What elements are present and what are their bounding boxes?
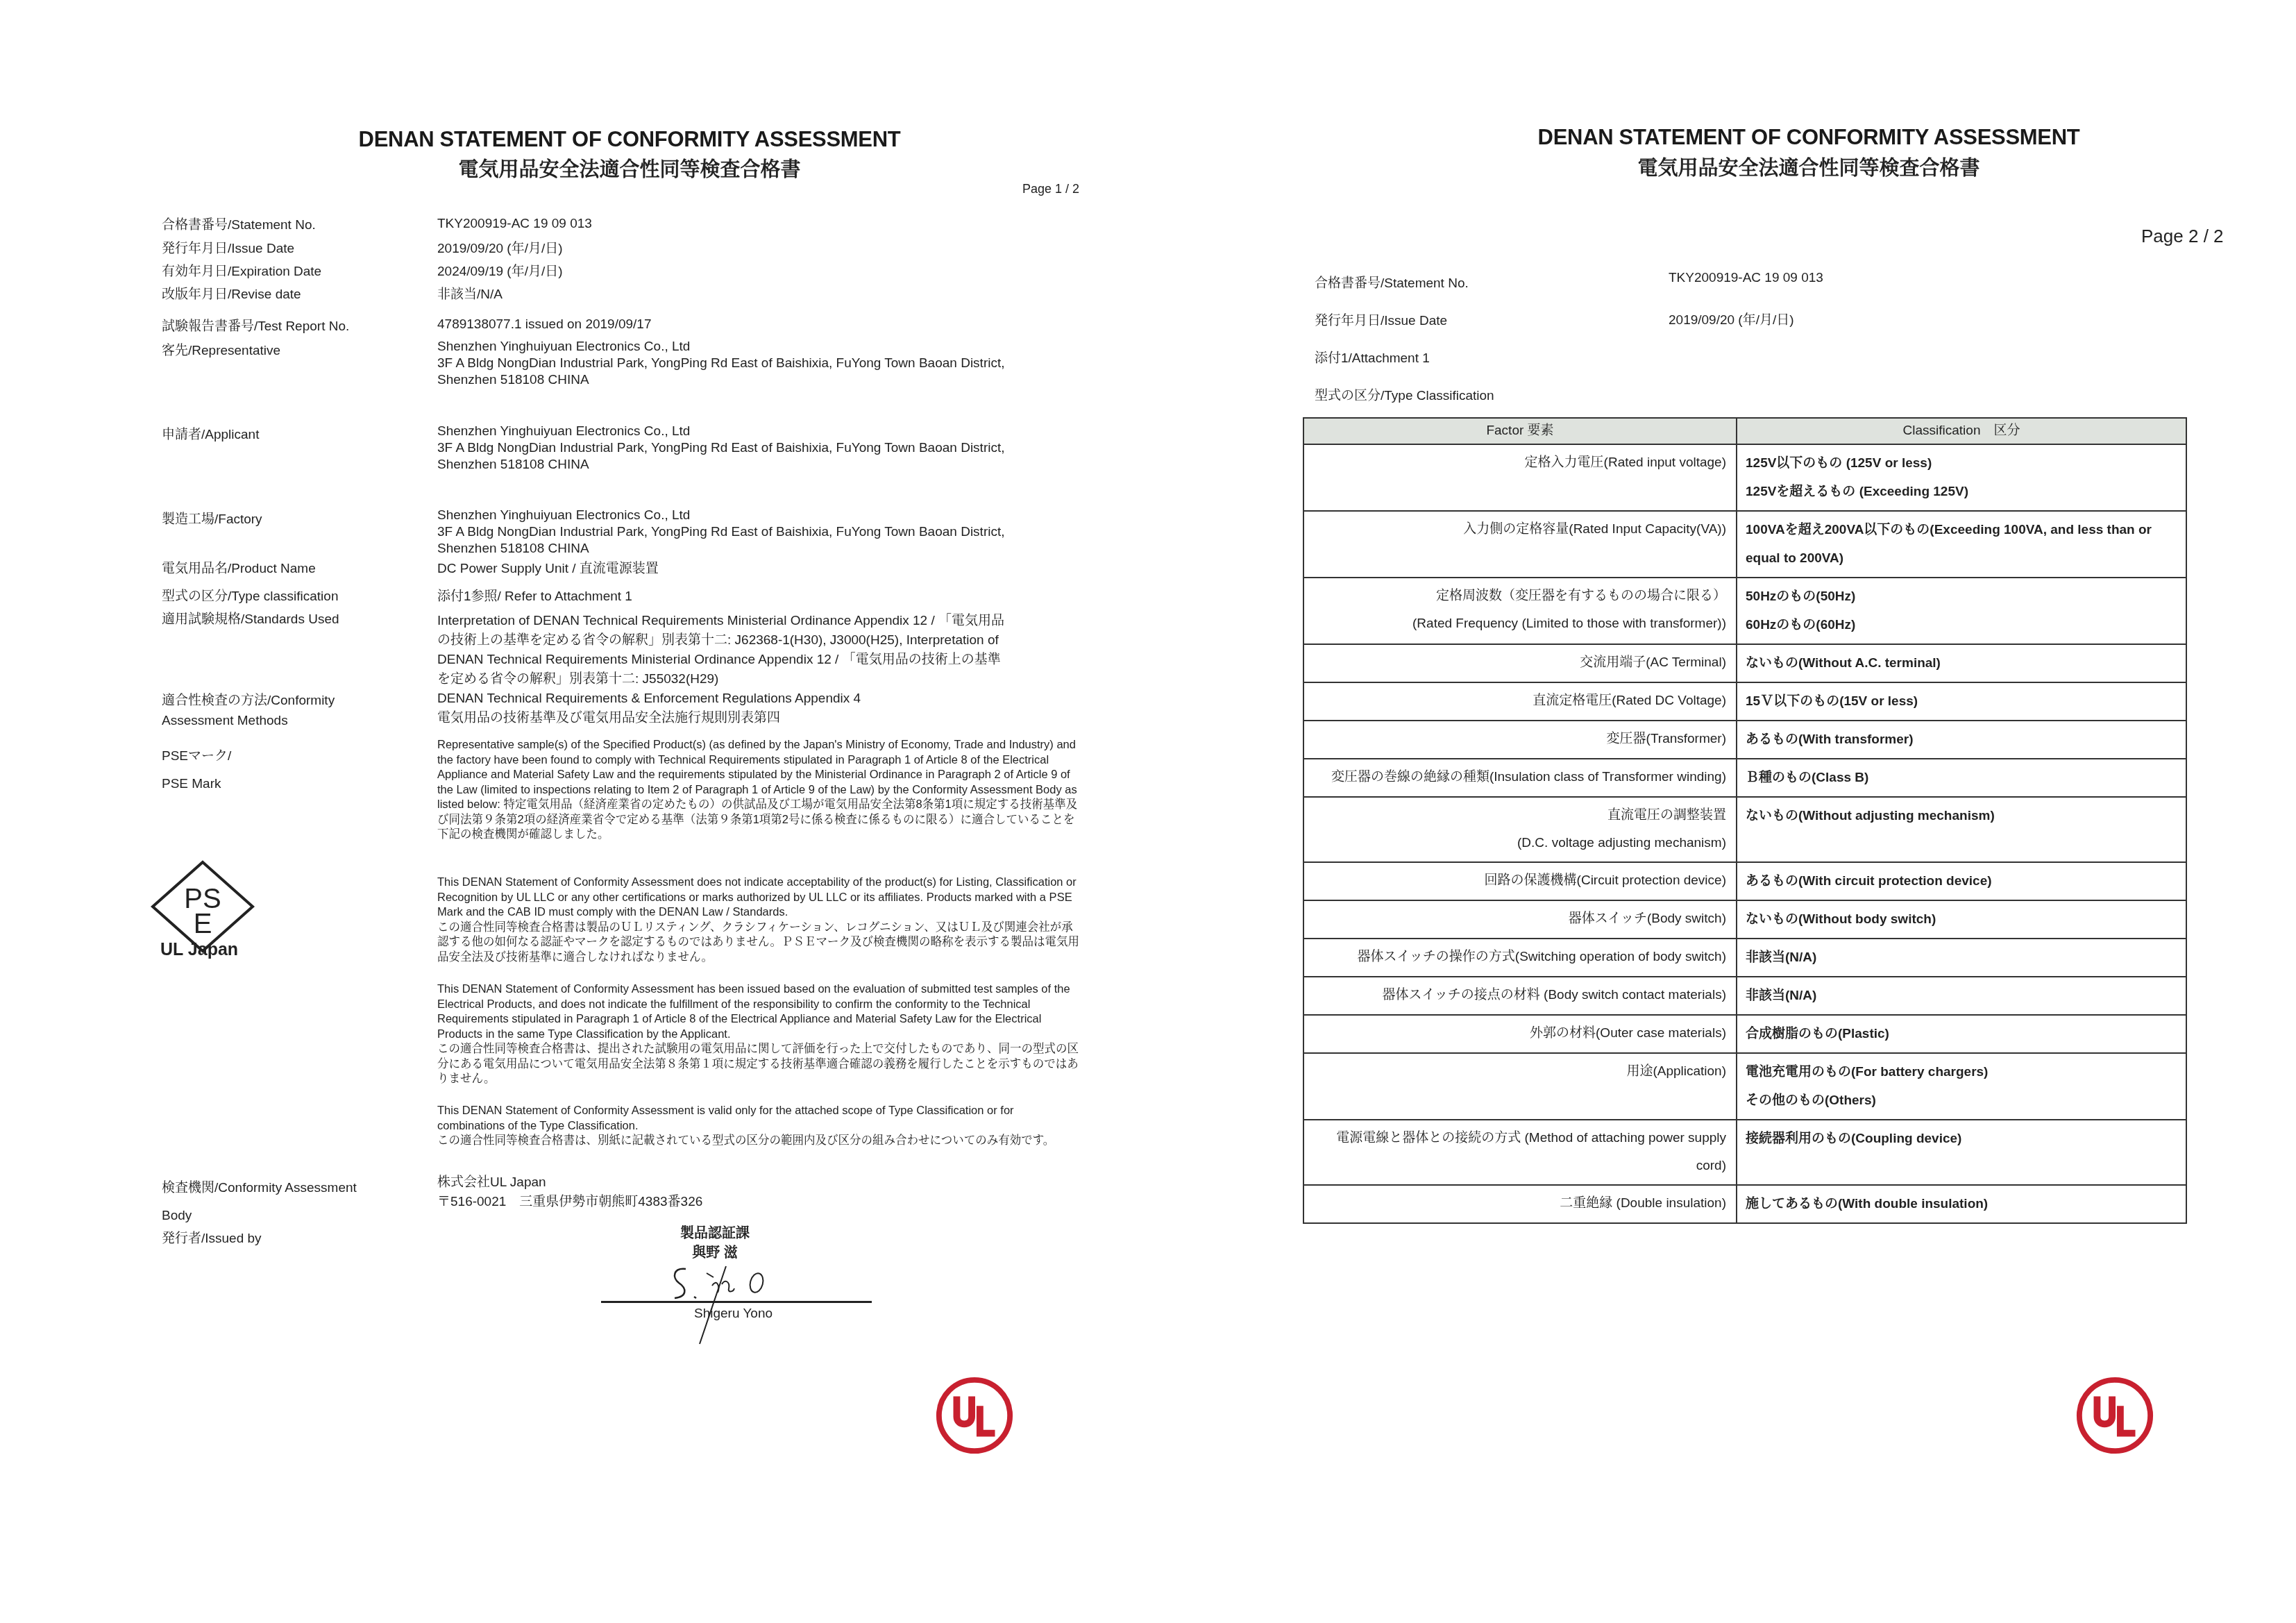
document-title: DENAN STATEMENT OF CONFORMITY ASSESSMENT — [56, 127, 1204, 152]
table-row: 器体スイッチの接点の材料 (Body switch contact materi… — [1303, 977, 2186, 1015]
ul-logo-icon — [934, 1374, 1015, 1456]
classification-cell: 非該当(N/A) — [1737, 939, 2186, 977]
factor-cell: 交流用端子(AC Terminal) — [1303, 644, 1737, 682]
factory-line: Shenzhen Yinghuiyuan Electronics Co., Lt… — [437, 507, 1083, 524]
svg-text:E: E — [194, 909, 212, 939]
classification-cell: 非該当(N/A) — [1737, 977, 2186, 1015]
classification-cell: 接続器利用のもの(Coupling device) — [1737, 1120, 2186, 1185]
factor-cell: 器体スイッチ(Body switch) — [1303, 900, 1737, 939]
p2-type-classification-label: 型式の区分/Type Classification — [1315, 385, 1494, 404]
p2-statement-no-value: TKY200919-AC 19 09 013 — [1669, 271, 1823, 286]
table-row: 外郭の材料(Outer case materials)合成樹脂のもの(Plast… — [1303, 1015, 2186, 1053]
conformity-methods-label: 適合性検査の方法/Conformity Assessment Methods — [162, 691, 335, 731]
table-row: 直流定格電圧(Rated DC Voltage)15Ｖ以下のもの(15V or … — [1303, 682, 2186, 721]
representative-value: Shenzhen Yinghuiyuan Electronics Co., Lt… — [437, 339, 1083, 389]
type-classification-label: 型式の区分/Type classification — [162, 589, 338, 605]
pse-caption: UL Japan — [160, 940, 238, 960]
factor-cell: 定格周波数（変圧器を有するものの場合に限る）(Rated Frequency (… — [1303, 578, 1737, 644]
product-name-label: 電気用品名/Product Name — [162, 561, 316, 578]
classification-cell: 電池充電用のもの(For battery chargers)その他のもの(Oth… — [1737, 1053, 2186, 1120]
table-row: 電源電線と器体との接続の方式 (Method of attaching powe… — [1303, 1120, 2186, 1185]
factor-cell: 外郭の材料(Outer case materials) — [1303, 1015, 1737, 1053]
factory-line: Shenzhen 518108 CHINA — [437, 541, 1083, 557]
classification-cell: 50Hzのもの(50Hz)60Hzのもの(60Hz) — [1737, 578, 2186, 644]
page-number: Page 1 / 2 — [1022, 182, 1079, 196]
document-subtitle: 電気用品安全法適合性同等検査合格書 — [56, 154, 1204, 183]
conformity-body-value: 株式会社UL Japan 〒516-0021 三重県伊勢市朝熊町4383番326 — [437, 1173, 1083, 1212]
issue-date-label: 発行年月日/Issue Date — [162, 241, 294, 258]
document-subtitle: 電気用品安全法適合性同等検査合格書 — [1235, 153, 2296, 181]
page-number: Page 2 / 2 — [2141, 226, 2224, 247]
issuer-name-en: Shigeru Yono — [694, 1306, 773, 1322]
table-row: 回路の保護機構(Circuit protection device)あるもの(W… — [1303, 862, 2186, 900]
table-row: 交流用端子(AC Terminal)ないもの(Without A.C. term… — [1303, 644, 2186, 682]
table-row: 定格周波数（変圧器を有するものの場合に限る）(Rated Frequency (… — [1303, 578, 2186, 644]
factor-cell: 直流定格電圧(Rated DC Voltage) — [1303, 682, 1737, 721]
table-row: 変圧器の巻線の絶縁の種類(Insulation class of Transfo… — [1303, 759, 2186, 797]
issuer-name-ja: 與野 滋 — [632, 1241, 798, 1261]
applicant-line: 3F A Bldg NongDian Industrial Park, Yong… — [437, 440, 1083, 457]
issuer-department: 製品認証課 — [632, 1222, 798, 1242]
factor-cell: 変圧器の巻線の絶縁の種類(Insulation class of Transfo… — [1303, 759, 1737, 797]
standards-line: Interpretation of DENAN Technical Requir… — [437, 612, 1083, 631]
revise-date-label: 改版年月日/Revise date — [162, 287, 301, 303]
factory-value: Shenzhen Yinghuiyuan Electronics Co., Lt… — [437, 507, 1083, 557]
classification-header: Classification 区分 — [1737, 418, 2186, 444]
statement-no-value: TKY200919-AC 19 09 013 — [437, 216, 1083, 233]
factor-cell: 器体スイッチの接点の材料 (Body switch contact materi… — [1303, 977, 1737, 1015]
factor-cell: 用途(Application) — [1303, 1053, 1737, 1120]
classification-cell: 125V以下のもの (125V or less)125Vを超えるもの (Exce… — [1737, 444, 2186, 511]
classification-cell: 15Ｖ以下のもの(15V or less) — [1737, 682, 2186, 721]
factor-cell: 器体スイッチの操作の方式(Switching operation of body… — [1303, 939, 1737, 977]
standards-line: を定める省令の解釈」別表第十二: J55032(H29) — [437, 670, 1083, 689]
classification-cell: 100VAを超え200VA以下のもの(Exceeding 100VA, and … — [1737, 511, 2186, 578]
disclaimer-paragraph: This DENAN Statement of Conformity Asses… — [437, 875, 1083, 965]
issue-date-value: 2019/09/20 (年/月/日) — [437, 241, 1083, 258]
expiration-date-value: 2024/09/19 (年/月/日) — [437, 264, 1083, 280]
factor-cell: 電源電線と器体との接続の方式 (Method of attaching powe… — [1303, 1120, 1737, 1185]
representative-line: Shenzhen 518108 CHINA — [437, 372, 1083, 389]
compliance-paragraph: Representative sample(s) of the Specifie… — [437, 738, 1083, 843]
classification-cell: 合成樹脂のもの(Plastic) — [1737, 1015, 2186, 1053]
p2-issue-date-value: 2019/09/20 (年/月/日) — [1669, 310, 1794, 328]
applicant-line: Shenzhen 518108 CHINA — [437, 457, 1083, 473]
applicant-value: Shenzhen Yinghuiyuan Electronics Co., Lt… — [437, 423, 1083, 473]
standards-used-label: 適用試験規格/Standards Used — [162, 612, 339, 628]
type-classification-table: Factor 要素 Classification 区分 定格入力電圧(Rated… — [1303, 417, 2187, 1224]
test-report-value: 4789138077.1 issued on 2019/09/17 — [437, 317, 1083, 333]
issued-by-label: 発行者/Issued by — [162, 1231, 262, 1247]
document-title: DENAN STATEMENT OF CONFORMITY ASSESSMENT — [1235, 125, 2296, 150]
conformity-methods-value: DENAN Technical Requirements & Enforceme… — [437, 689, 1083, 728]
classification-cell: あるもの(With transformer) — [1737, 721, 2186, 759]
product-name-value: DC Power Supply Unit / 直流電源装置 — [437, 561, 1083, 578]
representative-line: Shenzhen Yinghuiyuan Electronics Co., Lt… — [437, 339, 1083, 355]
conformity-body-label: 検査機関/Conformity Assessment Body — [162, 1175, 357, 1230]
classification-cell: ないもの(Without adjusting mechanism) — [1737, 797, 2186, 862]
revise-date-value: 非該当/N/A — [437, 287, 1083, 303]
factor-cell: 二重絶縁 (Double insulation) — [1303, 1185, 1737, 1223]
table-row: 入力側の定格容量(Rated Input Capacity(VA))100VAを… — [1303, 511, 2186, 578]
signature-icon — [666, 1263, 805, 1347]
standards-line: DENAN Technical Requirements Ministerial… — [437, 650, 1083, 670]
classification-cell: ないもの(Without body switch) — [1737, 900, 2186, 939]
factor-header: Factor 要素 — [1303, 418, 1737, 444]
standards-used-value: Interpretation of DENAN Technical Requir… — [437, 612, 1083, 689]
representative-label: 客先/Representative — [162, 343, 280, 360]
table-row: 器体スイッチの操作の方式(Switching operation of body… — [1303, 939, 2186, 977]
factor-cell: 入力側の定格容量(Rated Input Capacity(VA)) — [1303, 511, 1737, 578]
factor-cell: 変圧器(Transformer) — [1303, 721, 1737, 759]
type-classification-value: 添付1参照/ Refer to Attachment 1 — [437, 589, 1083, 605]
factor-cell: 直流電圧の調整装置(D.C. voltage adjusting mechani… — [1303, 797, 1737, 862]
factor-cell: 回路の保護機構(Circuit protection device) — [1303, 862, 1737, 900]
ul-logo-icon — [2074, 1374, 2156, 1456]
table-row: 定格入力電圧(Rated input voltage)125V以下のもの (12… — [1303, 444, 2186, 511]
signature-line — [601, 1301, 872, 1303]
p2-attachment-label: 添付1/Attachment 1 — [1315, 348, 1430, 367]
representative-line: 3F A Bldg NongDian Industrial Park, Yong… — [437, 355, 1083, 372]
classification-cell: Ｂ種のもの(Class B) — [1737, 759, 2186, 797]
p2-issue-date-label: 発行年月日/Issue Date — [1315, 310, 1447, 329]
classification-cell: ないもの(Without A.C. terminal) — [1737, 644, 2186, 682]
evaluation-paragraph: This DENAN Statement of Conformity Asses… — [437, 982, 1083, 1087]
factor-cell: 定格入力電圧(Rated input voltage) — [1303, 444, 1737, 511]
factory-line: 3F A Bldg NongDian Industrial Park, Yong… — [437, 524, 1083, 541]
test-report-label: 試験報告書番号/Test Report No. — [162, 319, 349, 335]
validity-paragraph: This DENAN Statement of Conformity Asses… — [437, 1104, 1083, 1149]
statement-no-label: 合格書番号/Statement No. — [162, 217, 316, 234]
table-row: 器体スイッチ(Body switch)ないもの(Without body swi… — [1303, 900, 2186, 939]
classification-cell: 施してあるもの(With double insulation) — [1737, 1185, 2186, 1223]
table-row: 直流電圧の調整装置(D.C. voltage adjusting mechani… — [1303, 797, 2186, 862]
certificate-page-1: DENAN STATEMENT OF CONFORMITY ASSESSMENT… — [0, 0, 1148, 1623]
p2-statement-no-label: 合格書番号/Statement No. — [1315, 273, 1469, 292]
expiration-date-label: 有効年月日/Expiration Date — [162, 264, 321, 280]
table-row: 変圧器(Transformer)あるもの(With transformer) — [1303, 721, 2186, 759]
applicant-line: Shenzhen Yinghuiyuan Electronics Co., Lt… — [437, 423, 1083, 440]
applicant-label: 申請者/Applicant — [162, 427, 259, 444]
factory-label: 製造工場/Factory — [162, 512, 262, 528]
pse-mark-label: PSEマーク/ PSE Mark — [162, 743, 231, 798]
standards-line: の技術上の基準を定める省令の解釈」別表第十二: J62368-1(H30), J… — [437, 631, 1083, 650]
table-row: 二重絶縁 (Double insulation)施してあるもの(With dou… — [1303, 1185, 2186, 1223]
table-row: 用途(Application)電池充電用のもの(For battery char… — [1303, 1053, 2186, 1120]
classification-cell: あるもの(With circuit protection device) — [1737, 862, 2186, 900]
